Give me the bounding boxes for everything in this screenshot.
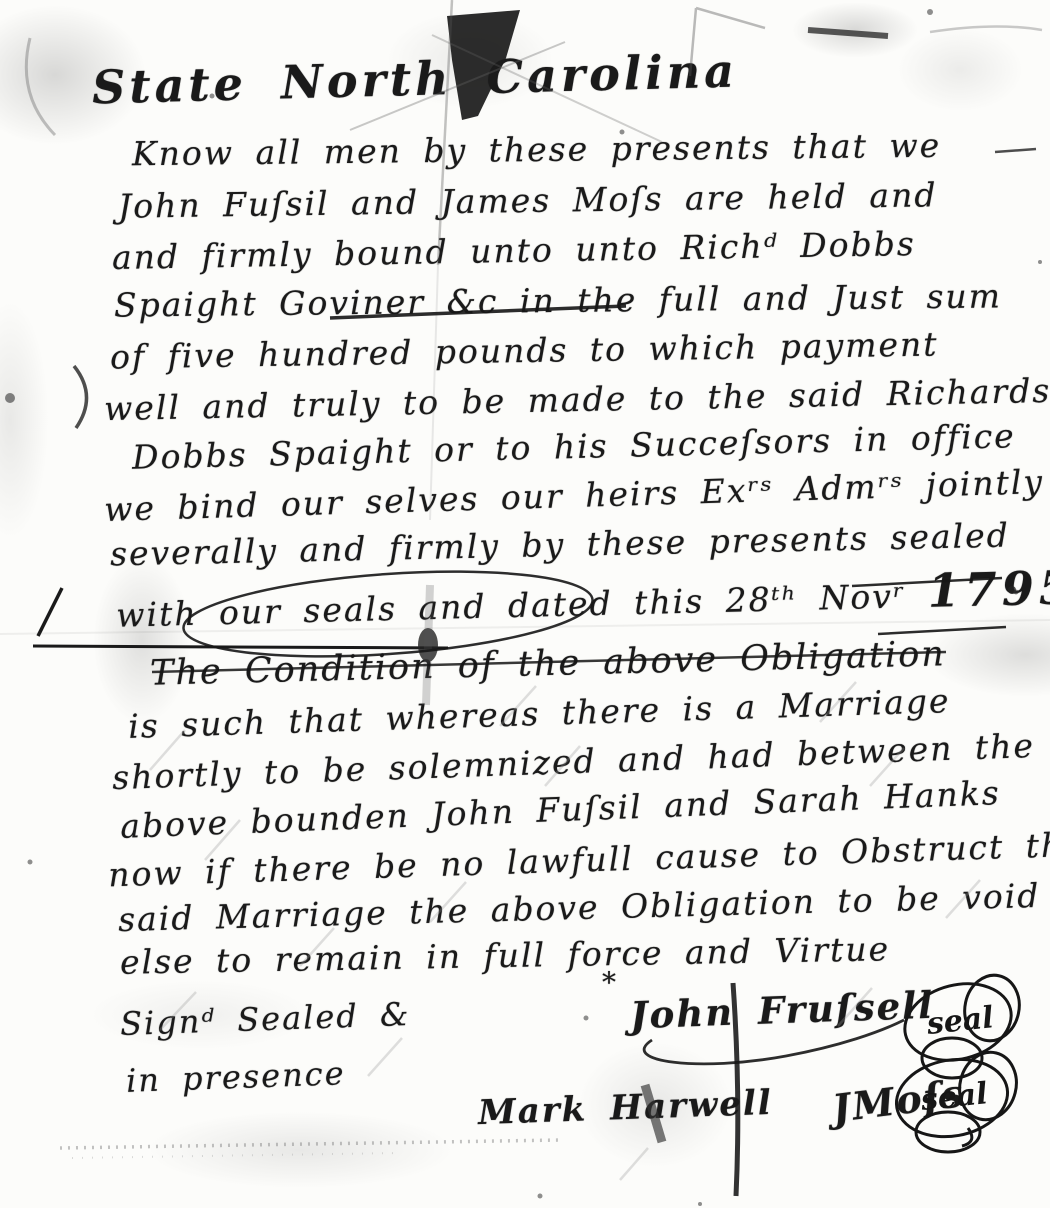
dark-streak bbox=[808, 30, 888, 36]
crease-line bbox=[930, 26, 1042, 32]
date-line: with our seals and dated this 28ᵗʰ Novʳ … bbox=[115, 560, 1050, 637]
body-line: John Fuſsil and James Moſs are held and bbox=[118, 175, 938, 225]
flourish-line bbox=[878, 627, 1006, 634]
bondsman-signature: JMoſs bbox=[830, 1070, 968, 1131]
speckle-band bbox=[60, 1140, 560, 1148]
in-presence-label: in presence bbox=[125, 1054, 346, 1100]
corner-smudge-arc bbox=[26, 38, 55, 135]
asterisk-mark: * bbox=[602, 966, 616, 999]
date-year: 1795 bbox=[927, 560, 1050, 618]
speckle-band bbox=[72, 1153, 400, 1158]
witness-signature: Mark Harwell bbox=[477, 1083, 773, 1133]
body-line: of five hundred pounds to which payment bbox=[110, 324, 939, 376]
seal-text: seal bbox=[924, 1000, 995, 1042]
margin-mark bbox=[74, 366, 87, 428]
body-line: and firmly bound unto unto Richᵈ Dobbs bbox=[112, 224, 916, 277]
signed-sealed-label: Signᵈ Sealed & bbox=[119, 995, 411, 1043]
pen-dash bbox=[995, 149, 1036, 152]
body-line: Know all men by these presents that we bbox=[132, 126, 942, 173]
scanned-document-page: State North Carolina Know all men by the… bbox=[0, 0, 1050, 1208]
date-line-text: with our seals and dated this 28ᵗʰ Novʳ bbox=[116, 576, 907, 634]
principal-signature: John Fruſsell bbox=[629, 983, 935, 1038]
body-line: Spaight Goviner &c in the full and Just … bbox=[114, 276, 1002, 324]
document-heading: State North Carolina bbox=[91, 44, 738, 115]
condition-line: else to remain in full force and Virtue bbox=[120, 929, 891, 981]
ink-dot bbox=[5, 393, 15, 403]
margin-hook bbox=[38, 588, 62, 636]
